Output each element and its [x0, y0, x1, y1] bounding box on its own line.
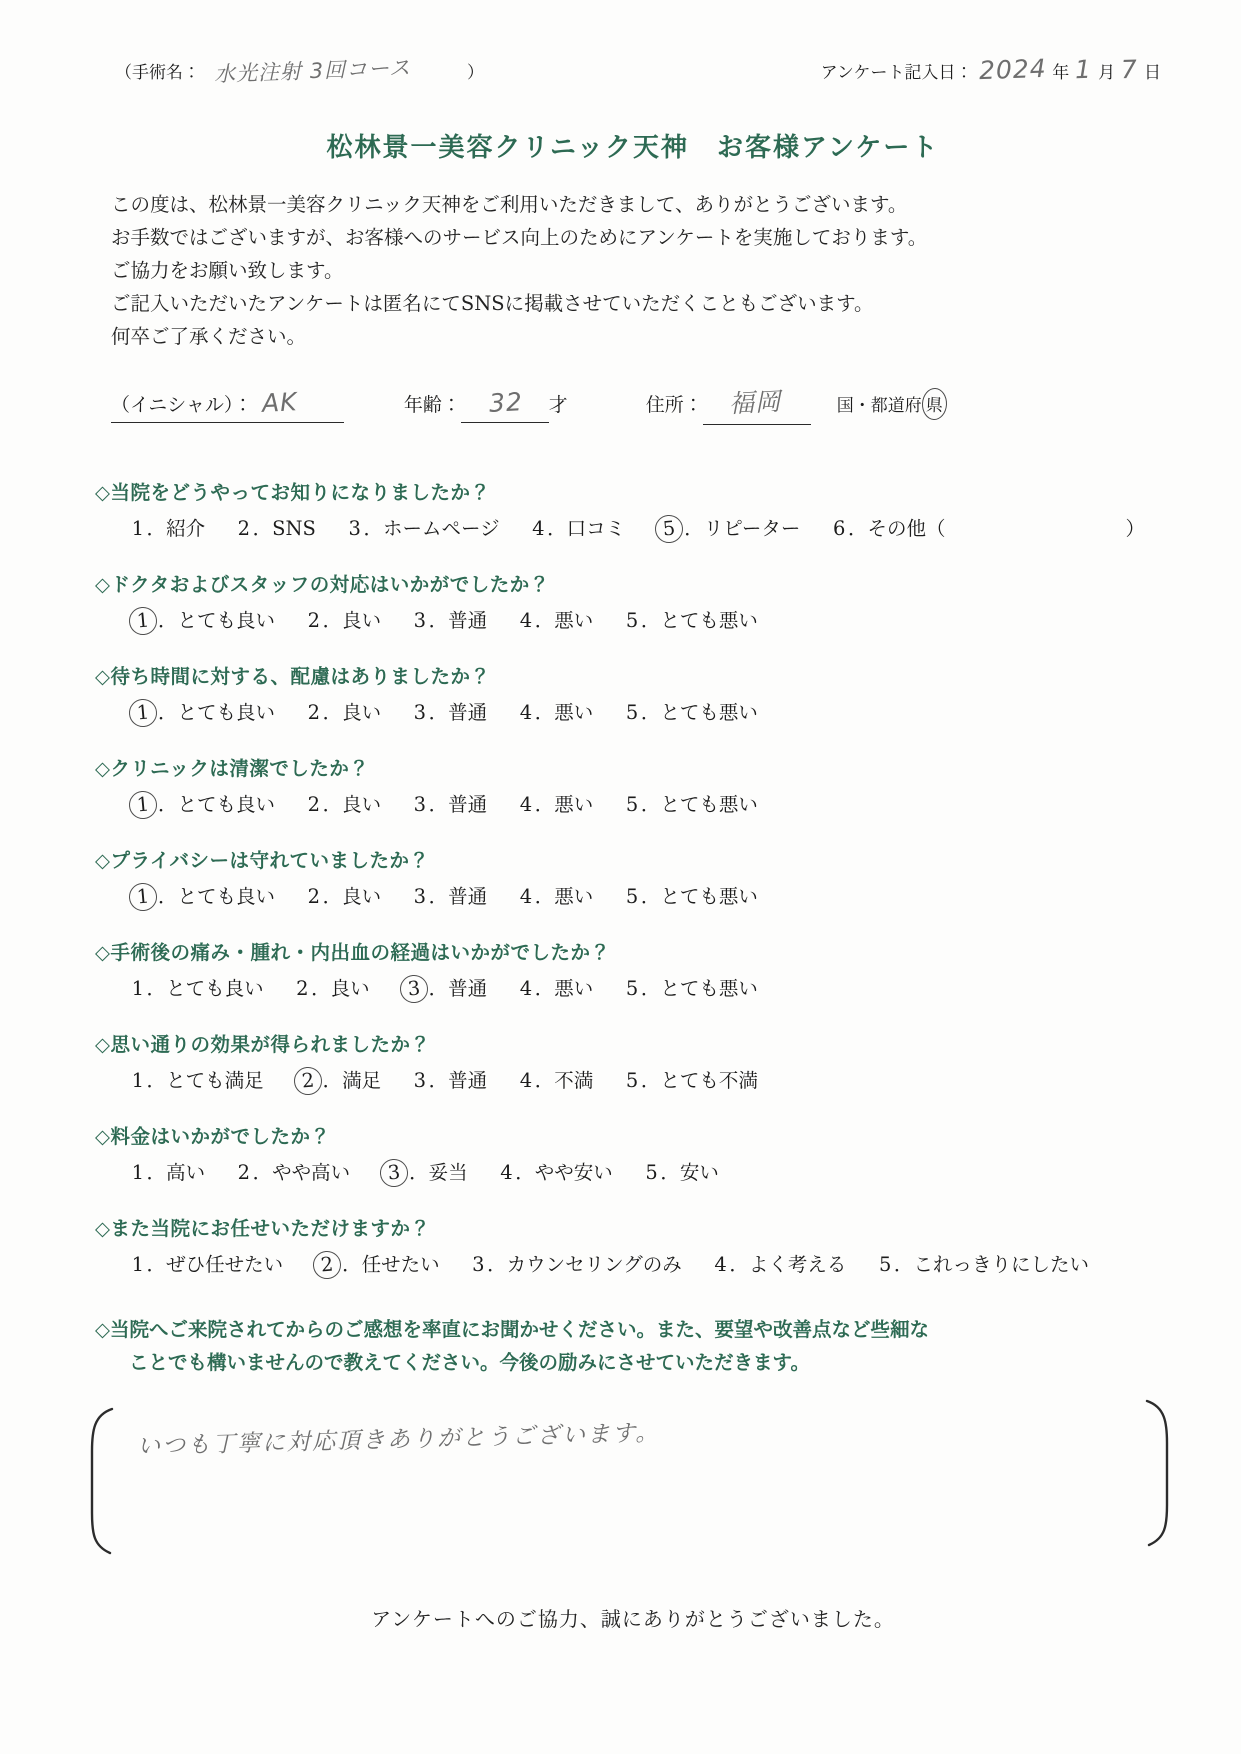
- option-number: 4: [498, 1161, 516, 1184]
- survey-option: 4．悪い: [517, 885, 593, 908]
- top-row: （手術名： 水光注射 3回コース ） アンケート記入日： 2024 年 1 月 …: [95, 55, 1171, 85]
- selected-option-circle: 2: [292, 1066, 322, 1096]
- region-circled-kanji: 県: [921, 387, 948, 420]
- surgery-name-field: （手術名： 水光注射 3回コース ）: [115, 55, 484, 85]
- option-number-dot: ．: [684, 517, 704, 540]
- option-number-dot: ．: [641, 609, 661, 632]
- date-month-handwritten: 1: [1075, 55, 1093, 85]
- survey-option: 5．とても悪い: [623, 793, 758, 816]
- question-options: 1．ぜひ任せたい2．任せたい3．カウンセリングのみ4．よく考える5．これっきりに…: [95, 1249, 1171, 1279]
- age-handwritten-value: 32: [488, 387, 523, 418]
- option-number-dot: ．: [487, 1253, 507, 1276]
- selected-option-circle: 1: [128, 698, 158, 728]
- option-label: とても良い: [178, 885, 276, 908]
- survey-option: 4．悪い: [517, 977, 593, 1000]
- question-options: 1．とても良い2．良い3．普通4．悪い5．とても悪い: [95, 881, 1171, 911]
- option-number: 2: [294, 977, 312, 1000]
- survey-option: 2．良い: [294, 977, 370, 1000]
- option-number: 5: [623, 885, 641, 908]
- date-year-handwritten: 2024: [978, 54, 1047, 85]
- survey-option: 5．とても悪い: [623, 977, 758, 1000]
- option-label: これっきりにしたい: [913, 1253, 1089, 1276]
- question-block: ◇プライバシーは守れていましたか？ 1．とても良い2．良い3．普通4．悪い5．と…: [95, 845, 1171, 911]
- question-prompt: ◇手術後の痛み・腫れ・内出血の経過はいかがでしたか？: [95, 937, 1171, 965]
- question-options: 1．とても良い2．良い3．普通4．悪い5．とても悪い: [95, 973, 1171, 1003]
- option-number: 4: [517, 609, 535, 632]
- option-label: 普通: [448, 793, 487, 816]
- option-label: とても良い: [178, 793, 276, 816]
- option-number: 4: [517, 1069, 535, 1092]
- option-number-dot: ．: [660, 1161, 680, 1184]
- survey-option: 5．リピーター: [655, 517, 800, 540]
- option-number: 4: [517, 701, 535, 724]
- age-label: 年齢：: [404, 390, 461, 417]
- survey-option: 3．普通: [411, 793, 487, 816]
- left-bracket: [81, 1405, 117, 1557]
- option-number: 2: [305, 609, 323, 632]
- age-unit: 才: [549, 390, 568, 417]
- region-selector: 国・都道府県: [837, 388, 947, 420]
- survey-option: 1．とても良い: [129, 885, 275, 908]
- option-label: 満足: [342, 1069, 381, 1092]
- option-label: とても悪い: [660, 609, 758, 632]
- option-number-dot: ．: [429, 701, 449, 724]
- option-number-dot: ．: [363, 517, 383, 540]
- option-label: その他（: [868, 517, 946, 540]
- option-number: 3: [411, 1069, 429, 1092]
- survey-option: 2．満足: [294, 1069, 382, 1092]
- option-label: 普通: [448, 701, 487, 724]
- survey-option: 2．やや高い: [235, 1161, 350, 1184]
- question-options: 1．紹介2．SNS3．ホームページ4．口コミ5．リピーター6．その他（）: [95, 513, 1171, 543]
- survey-option: 2．良い: [305, 793, 381, 816]
- question-prompt: ◇クリニックは清潔でしたか？: [95, 753, 1171, 781]
- option-label: 悪い: [554, 793, 593, 816]
- option-label: 良い: [342, 609, 381, 632]
- option-number-dot: ．: [147, 977, 167, 1000]
- option-number: 2: [305, 885, 323, 908]
- month-unit: 月: [1098, 58, 1115, 83]
- feedback-prompt-line2: ことでも構いませんので教えてください。今後の励みにさせていただきます。: [95, 1346, 1171, 1379]
- survey-option: 5．安い: [643, 1161, 719, 1184]
- initial-field: （イニシャル）： AK: [111, 388, 344, 423]
- option-number: 4: [517, 977, 535, 1000]
- intro-paragraph: この度は、松林景一美容クリニック天神をご利用いただきまして、ありがとうございます…: [95, 188, 1171, 353]
- other-close-paren: ）: [1126, 517, 1146, 540]
- option-number-dot: ．: [323, 793, 343, 816]
- option-label: 悪い: [554, 977, 593, 1000]
- survey-option: 5．これっきりにしたい: [876, 1253, 1089, 1276]
- survey-option: 5．とても不満: [623, 1069, 758, 1092]
- option-number-dot: ．: [641, 885, 661, 908]
- option-number-dot: ．: [535, 793, 555, 816]
- option-number-dot: ．: [641, 977, 661, 1000]
- option-number-dot: ．: [515, 1161, 535, 1184]
- survey-option: 3．普通: [400, 977, 488, 1000]
- question-options: 1．とても満足2．満足3．普通4．不満5．とても不満: [95, 1065, 1171, 1095]
- option-number: 4: [530, 517, 548, 540]
- option-number-dot: ．: [323, 701, 343, 724]
- question-prompt: ◇ドクタおよびスタッフの対応はいかがでしたか？: [95, 569, 1171, 597]
- option-label: 高い: [166, 1161, 205, 1184]
- option-number-dot: ．: [535, 885, 555, 908]
- option-number-dot: ．: [147, 1253, 167, 1276]
- option-label: 良い: [342, 701, 381, 724]
- selected-option-circle: 1: [128, 882, 158, 912]
- option-number-dot: ．: [429, 1069, 449, 1092]
- age-field: 32: [461, 388, 549, 423]
- option-number: 4: [517, 793, 535, 816]
- option-number: 3: [346, 517, 364, 540]
- intro-line: この度は、松林景一美容クリニック天神をご利用いただきまして、ありがとうございます…: [111, 188, 1171, 221]
- date-day-handwritten: 7: [1121, 55, 1139, 85]
- option-label: 普通: [448, 977, 487, 1000]
- option-number: 1: [129, 1161, 147, 1184]
- option-label: 普通: [448, 609, 487, 632]
- option-number: 5: [643, 1161, 661, 1184]
- option-number-dot: ．: [147, 517, 167, 540]
- option-label: 紹介: [166, 517, 205, 540]
- option-number-dot: ．: [429, 609, 449, 632]
- selected-option-circle: 3: [379, 1158, 409, 1188]
- option-label: SNS: [272, 517, 316, 540]
- questions-list: ◇当院をどうやってお知りになりましたか？ 1．紹介2．SNS3．ホームページ4．…: [95, 477, 1171, 1279]
- option-label: リピーター: [704, 517, 801, 540]
- option-number-dot: ．: [158, 609, 178, 632]
- option-label: 良い: [342, 793, 381, 816]
- option-number-dot: ．: [894, 1253, 914, 1276]
- surgery-handwritten-value: 水光注射 3回コース: [214, 52, 412, 89]
- survey-option: 1．とても良い: [129, 609, 275, 632]
- survey-option: 2．良い: [305, 609, 381, 632]
- question-prompt: ◇また当院にお任せいただけますか？: [95, 1213, 1171, 1241]
- survey-option: 3．妥当: [380, 1161, 468, 1184]
- option-number-dot: ．: [323, 1069, 343, 1092]
- option-number-dot: ．: [323, 609, 343, 632]
- selected-option-circle: 3: [398, 974, 428, 1004]
- feedback-section: ◇当院へご来院されてからのご感想を率直にお聞かせください。また、要望や改善点など…: [95, 1313, 1171, 1379]
- survey-option: 2．任せたい: [313, 1253, 440, 1276]
- option-number: 1: [129, 1253, 147, 1276]
- selected-option-circle: 5: [654, 514, 684, 544]
- option-number: 5: [623, 609, 641, 632]
- option-label: とても悪い: [660, 885, 758, 908]
- option-number: 5: [623, 977, 641, 1000]
- option-label: とても満足: [166, 1069, 264, 1092]
- option-label: とても良い: [166, 977, 264, 1000]
- option-label: とても悪い: [660, 793, 758, 816]
- survey-option: 3．普通: [411, 885, 487, 908]
- selected-option-circle: 2: [312, 1250, 342, 1280]
- option-number-dot: ．: [323, 885, 343, 908]
- survey-option: 5．とても悪い: [623, 885, 758, 908]
- question-options: 1．とても良い2．良い3．普通4．悪い5．とても悪い: [95, 605, 1171, 635]
- option-number: 2: [235, 517, 253, 540]
- survey-sheet: （手術名： 水光注射 3回コース ） アンケート記入日： 2024 年 1 月 …: [0, 0, 1241, 1754]
- question-block: ◇料金はいかがでしたか？ 1．高い2．やや高い3．妥当4．やや安い5．安い: [95, 1121, 1171, 1187]
- option-number-dot: ．: [641, 793, 661, 816]
- question-block: ◇また当院にお任せいただけますか？ 1．ぜひ任せたい2．任せたい3．カウンセリン…: [95, 1213, 1171, 1279]
- option-number-dot: ．: [848, 517, 868, 540]
- option-number-dot: ．: [429, 793, 449, 816]
- option-number-dot: ．: [409, 1161, 429, 1184]
- survey-option: 1．とても良い: [129, 793, 275, 816]
- option-number: 3: [411, 793, 429, 816]
- option-label: とても良い: [178, 701, 276, 724]
- option-number: 3: [411, 609, 429, 632]
- option-number: 6: [830, 517, 848, 540]
- option-number-dot: ．: [342, 1253, 362, 1276]
- option-number-dot: ．: [729, 1253, 749, 1276]
- question-prompt: ◇プライバシーは守れていましたか？: [95, 845, 1171, 873]
- option-number: 3: [411, 701, 429, 724]
- comment-area: いつも丁寧に対応頂きありがとうございます。: [95, 1405, 1171, 1555]
- survey-option: 4．悪い: [517, 701, 593, 724]
- option-label: ぜひ任せたい: [166, 1253, 283, 1276]
- survey-option: 4．やや安い: [498, 1161, 613, 1184]
- handwritten-comment: いつも丁寧に対応頂きありがとうございます。: [137, 1414, 661, 1461]
- profile-row: （イニシャル）： AK 年齢： 32 才 住所： 福岡 国・都道府県: [95, 383, 1171, 425]
- option-number: 1: [129, 977, 147, 1000]
- question-block: ◇思い通りの効果が得られましたか？ 1．とても満足2．満足3．普通4．不満5．と…: [95, 1029, 1171, 1095]
- question-prompt: ◇思い通りの効果が得られましたか？: [95, 1029, 1171, 1057]
- year-unit: 年: [1052, 58, 1069, 83]
- option-number-dot: ．: [641, 1069, 661, 1092]
- option-number-dot: ．: [641, 701, 661, 724]
- address-label: 住所：: [646, 390, 703, 417]
- question-block: ◇クリニックは清潔でしたか？ 1．とても良い2．良い3．普通4．悪い5．とても悪…: [95, 753, 1171, 819]
- survey-date-field: アンケート記入日： 2024 年 1 月 7 日: [821, 55, 1161, 84]
- intro-line: ご協力をお願い致します。: [111, 254, 1171, 287]
- option-label: 悪い: [554, 701, 593, 724]
- option-number: 1: [129, 517, 147, 540]
- survey-option: 5．とても悪い: [623, 701, 758, 724]
- question-block: ◇手術後の痛み・腫れ・内出血の経過はいかがでしたか？ 1．とても良い2．良い3．…: [95, 937, 1171, 1003]
- option-number: 5: [623, 701, 641, 724]
- surgery-label: （手術名：: [115, 58, 200, 83]
- question-options: 1．高い2．やや高い3．妥当4．やや安い5．安い: [95, 1157, 1171, 1187]
- survey-option: 5．とても悪い: [623, 609, 758, 632]
- question-options: 1．とても良い2．良い3．普通4．悪い5．とても悪い: [95, 697, 1171, 727]
- option-number: 3: [411, 885, 429, 908]
- option-number-dot: ．: [147, 1069, 167, 1092]
- surgery-close-paren: ）: [467, 58, 484, 83]
- option-label: とても良い: [178, 609, 276, 632]
- survey-option: 4．不満: [517, 1069, 593, 1092]
- question-prompt: ◇当院をどうやってお知りになりましたか？: [95, 477, 1171, 505]
- option-label: カウンセリングのみ: [507, 1253, 682, 1276]
- survey-option: 3．カウンセリングのみ: [470, 1253, 682, 1276]
- footer-thanks: アンケートへのご協力、誠にありがとうございました。: [95, 1603, 1171, 1632]
- option-number-dot: ．: [253, 517, 273, 540]
- option-number: 2: [235, 1161, 253, 1184]
- survey-option: 2．良い: [305, 701, 381, 724]
- date-label: アンケート記入日：: [821, 58, 973, 83]
- intro-line: 何卒ご了承ください。: [111, 320, 1171, 353]
- survey-option: 1．紹介: [129, 517, 205, 540]
- option-label: 普通: [448, 885, 487, 908]
- option-label: 妥当: [429, 1161, 468, 1184]
- survey-option: 4．悪い: [517, 793, 593, 816]
- page-title: 松林景一美容クリニック天神 お客様アンケート: [95, 127, 1171, 164]
- option-label: とても悪い: [660, 701, 758, 724]
- option-number-dot: ．: [547, 517, 567, 540]
- survey-option: 4．悪い: [517, 609, 593, 632]
- option-number-dot: ．: [429, 885, 449, 908]
- intro-line: ご記入いただいたアンケートは匿名にてSNSに掲載させていただくこともございます。: [111, 287, 1171, 320]
- option-label: ホームページ: [383, 517, 500, 540]
- option-number-dot: ．: [535, 609, 555, 632]
- option-number: 5: [623, 1069, 641, 1092]
- survey-option: 3．ホームページ: [346, 517, 500, 540]
- feedback-prompt-line1: ◇当院へご来院されてからのご感想を率直にお聞かせください。また、要望や改善点など…: [95, 1313, 1171, 1346]
- option-number: 4: [517, 885, 535, 908]
- question-block: ◇ドクタおよびスタッフの対応はいかがでしたか？ 1．とても良い2．良い3．普通4…: [95, 569, 1171, 635]
- option-number-dot: ．: [158, 793, 178, 816]
- survey-option: 6．その他（: [830, 517, 945, 540]
- survey-option: 1．とても良い: [129, 977, 264, 1000]
- option-label: 良い: [331, 977, 370, 1000]
- survey-option: 3．普通: [411, 1069, 487, 1092]
- option-number-dot: ．: [535, 701, 555, 724]
- selected-option-circle: 1: [128, 790, 158, 820]
- option-number-dot: ．: [535, 1069, 555, 1092]
- option-label: 悪い: [554, 609, 593, 632]
- question-options: 1．とても良い2．良い3．普通4．悪い5．とても悪い: [95, 789, 1171, 819]
- question-prompt: ◇待ち時間に対する、配慮はありましたか？: [95, 661, 1171, 689]
- option-number-dot: ．: [158, 885, 178, 908]
- option-number-dot: ．: [429, 977, 449, 1000]
- option-label: 任せたい: [362, 1253, 440, 1276]
- option-label: 安い: [680, 1161, 719, 1184]
- address-field: 福岡: [703, 383, 811, 425]
- survey-option: 1．ぜひ任せたい: [129, 1253, 283, 1276]
- survey-option: 2．SNS: [235, 517, 316, 540]
- option-label: よく考える: [749, 1253, 847, 1276]
- option-label: 口コミ: [567, 517, 626, 540]
- survey-option: 1．とても満足: [129, 1069, 264, 1092]
- option-number-dot: ．: [253, 1161, 273, 1184]
- option-label: 不満: [554, 1069, 593, 1092]
- question-block: ◇待ち時間に対する、配慮はありましたか？ 1．とても良い2．良い3．普通4．悪い…: [95, 661, 1171, 727]
- initial-handwritten-value: AK: [262, 387, 299, 418]
- option-number: 1: [129, 1069, 147, 1092]
- question-block: ◇当院をどうやってお知りになりましたか？ 1．紹介2．SNS3．ホームページ4．…: [95, 477, 1171, 543]
- survey-option: 1．高い: [129, 1161, 205, 1184]
- option-label: やや高い: [272, 1161, 350, 1184]
- address-handwritten-value: 福岡: [728, 382, 782, 421]
- option-label: 悪い: [554, 885, 593, 908]
- option-label: 普通: [448, 1069, 487, 1092]
- option-number: 5: [623, 793, 641, 816]
- option-number-dot: ．: [535, 977, 555, 1000]
- survey-option: 3．普通: [411, 701, 487, 724]
- right-bracket: [1141, 1397, 1177, 1549]
- day-unit: 日: [1144, 58, 1161, 83]
- option-number: 3: [470, 1253, 488, 1276]
- option-label: とても不満: [660, 1069, 758, 1092]
- selected-option-circle: 1: [128, 606, 158, 636]
- survey-option: 3．普通: [411, 609, 487, 632]
- option-number: 2: [305, 793, 323, 816]
- question-prompt: ◇料金はいかがでしたか？: [95, 1121, 1171, 1149]
- region-prefix: 国・都道府: [837, 396, 922, 416]
- survey-option: 4．よく考える: [712, 1253, 847, 1276]
- option-number: 2: [305, 701, 323, 724]
- survey-option: 1．とても良い: [129, 701, 275, 724]
- initial-label: （イニシャル）：: [111, 390, 252, 417]
- option-label: とても悪い: [660, 977, 758, 1000]
- intro-line: お手数ではございますが、お客様へのサービス向上のためにアンケートを実施しておりま…: [111, 221, 1171, 254]
- option-number: 5: [876, 1253, 894, 1276]
- survey-option: 4．口コミ: [530, 517, 626, 540]
- survey-option: 2．良い: [305, 885, 381, 908]
- option-label: 良い: [342, 885, 381, 908]
- option-number: 4: [712, 1253, 730, 1276]
- option-number-dot: ．: [311, 977, 331, 1000]
- option-number-dot: ．: [158, 701, 178, 724]
- option-label: やや安い: [535, 1161, 613, 1184]
- option-number-dot: ．: [147, 1161, 167, 1184]
